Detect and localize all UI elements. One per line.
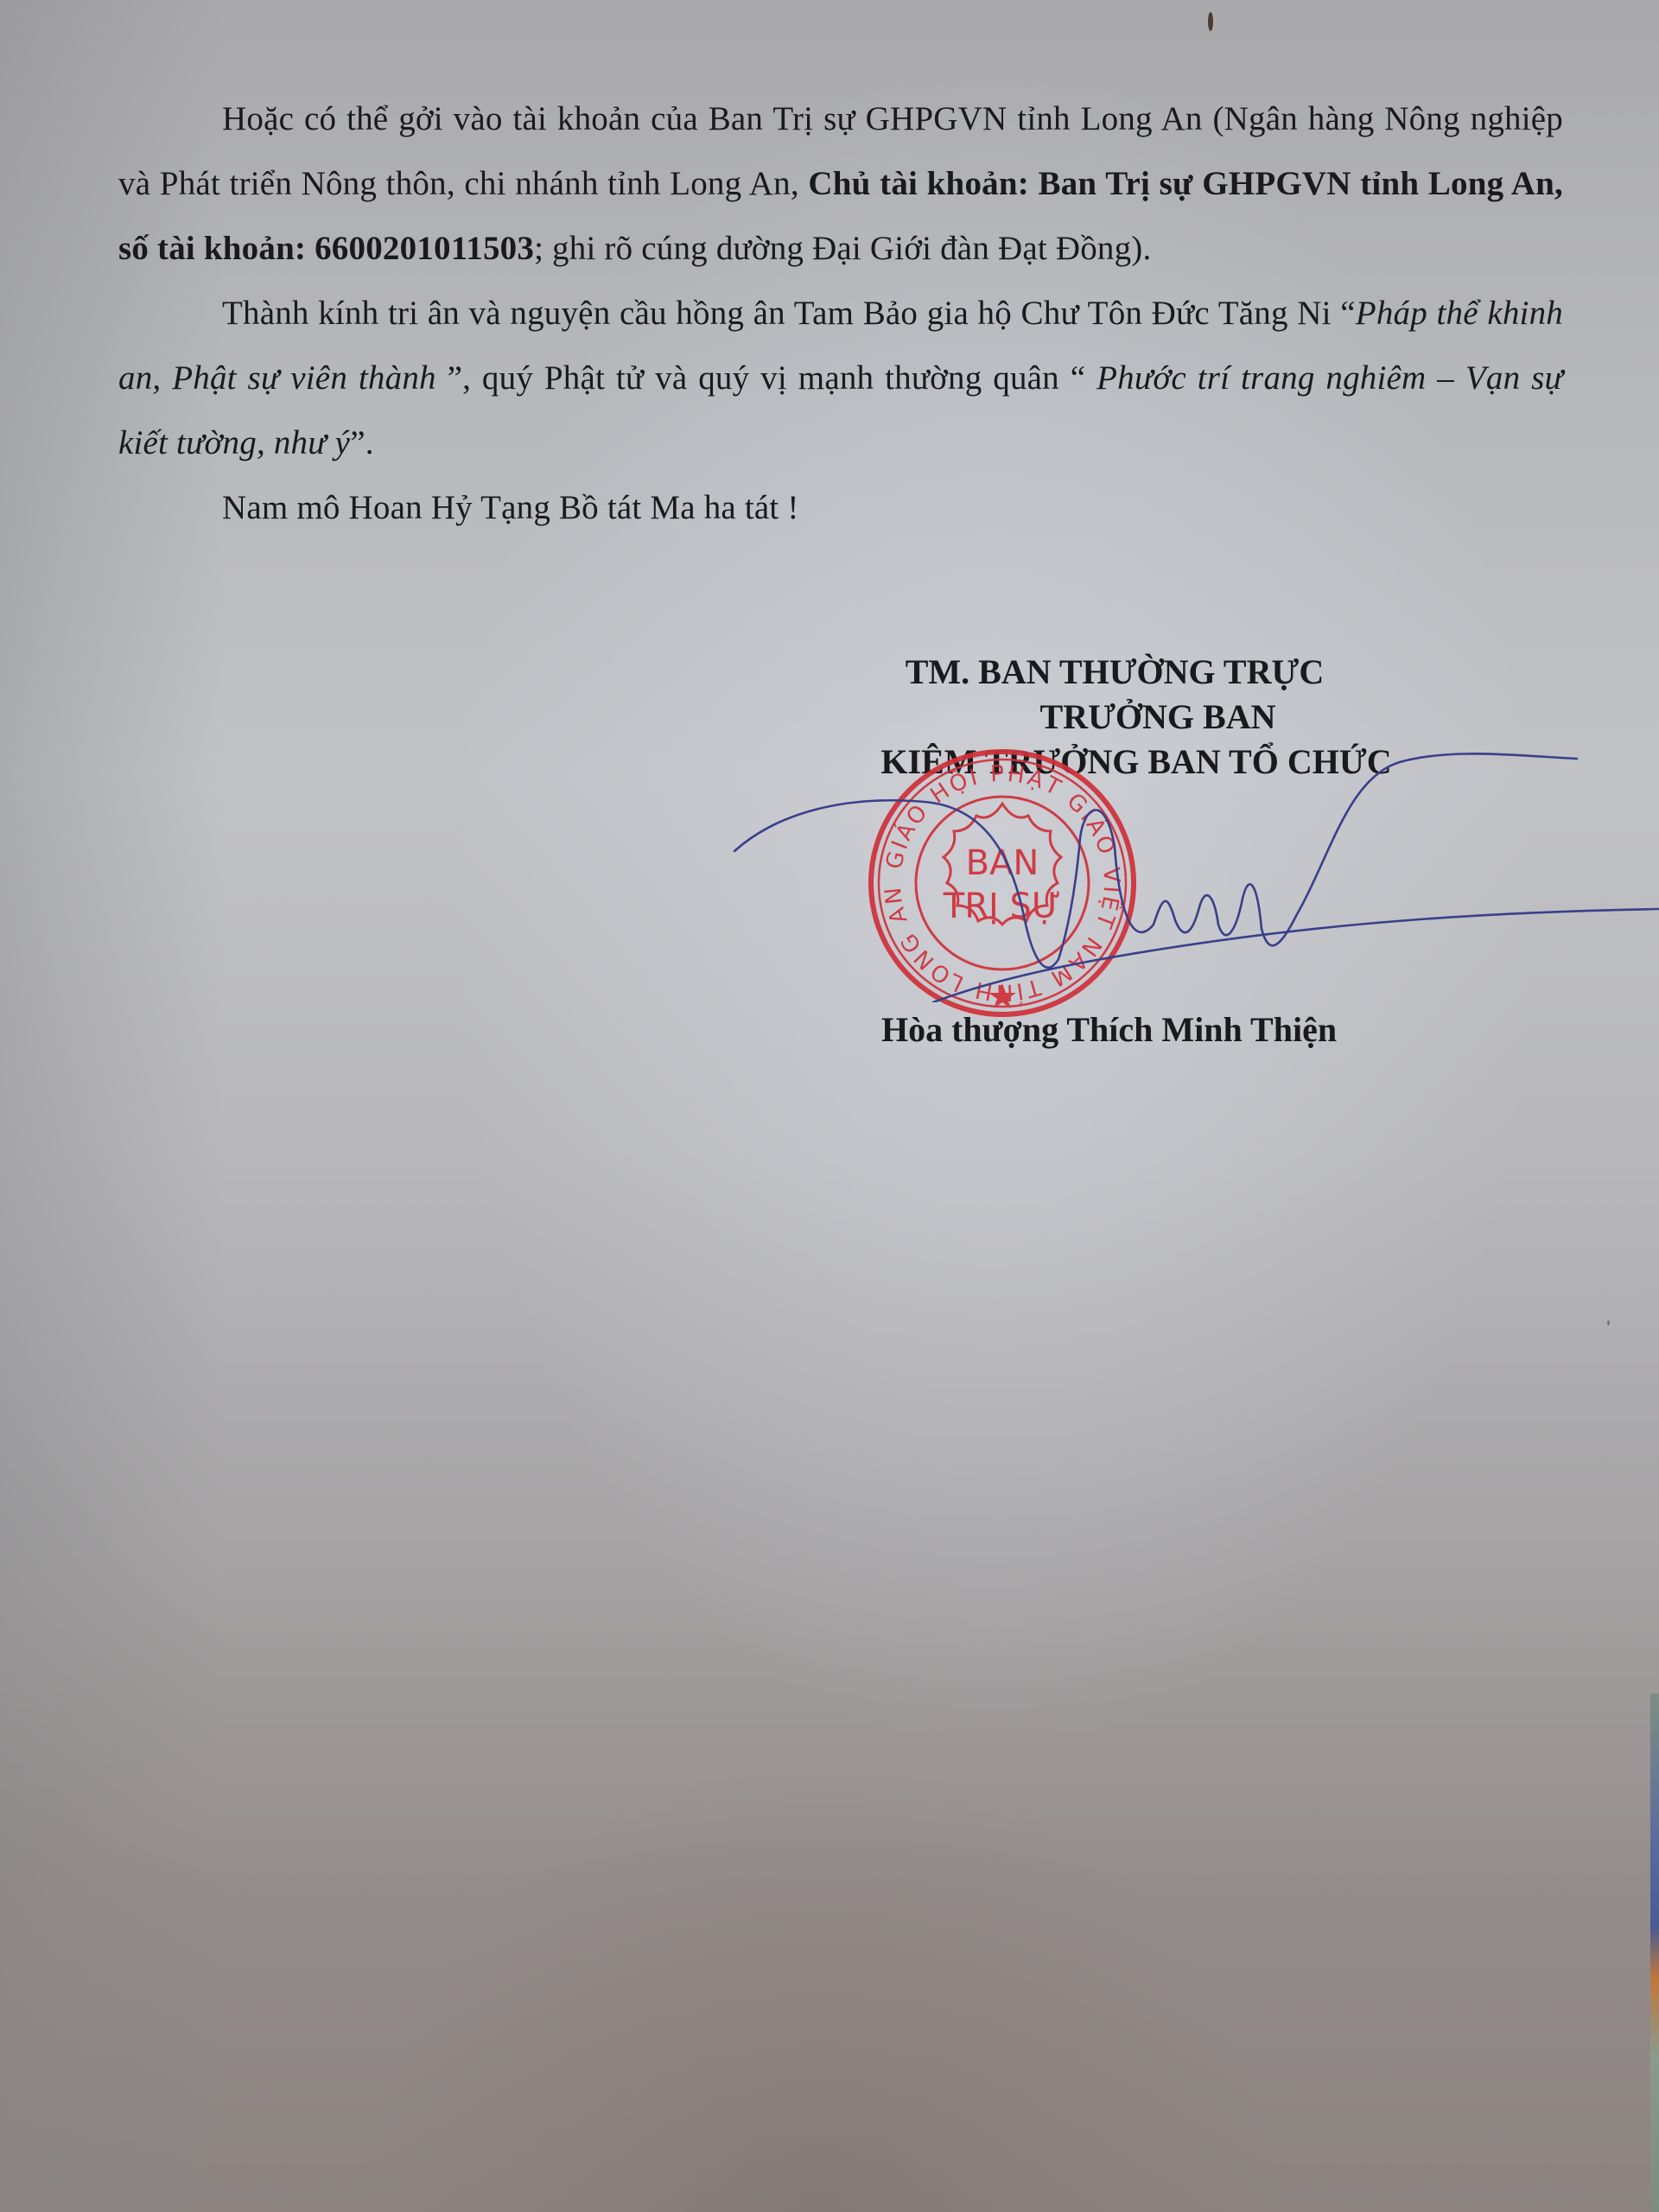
paragraph-bank-account: Hoặc có thể gởi vào tài khoản của Ban Tr… [118,86,1563,281]
document-page: Hoặc có thể gởi vào tài khoản của Ban Tr… [118,86,1563,540]
paragraph-closing-invocation: Nam mô Hoan Hỷ Tạng Bồ tát Ma ha tát ! [118,475,1563,540]
svg-text:TRỊ SỰ: TRỊ SỰ [943,887,1061,926]
gratitude-text-mid: ”, quý Phật tử và quý vị mạnh thường quâ… [448,359,1097,397]
paragraph-gratitude: Thành kính tri ân và nguyện cầu hồng ân … [118,281,1563,475]
red-seal-stamp-icon: GIÁO HỘI PHẬT GIÁO VIỆT NAM TỈNH LONG AN… [864,745,1141,1021]
paper-speck [1208,12,1213,31]
signature-title-line-1: TM. BAN THƯỜNG TRỰC [760,650,1469,695]
signature-title-line-2: TRƯỞNG BAN [847,695,1469,740]
signer-name: Hòa thượng Thích Minh Thiện [881,1009,1337,1050]
paper-shadow-bottom [0,1607,1659,2212]
paper-speck [1607,1320,1610,1325]
svg-text:BAN: BAN [966,843,1039,883]
donation-note-text: ; ghi rõ cúng dường Đại Giới đàn Đạt Đồn… [534,230,1151,267]
background-object-edge [1650,1694,1659,2212]
gratitude-text-start: Thành kính tri ân và nguyện cầu hồng ân … [222,295,1356,332]
gratitude-text-end: ”. [350,424,373,461]
